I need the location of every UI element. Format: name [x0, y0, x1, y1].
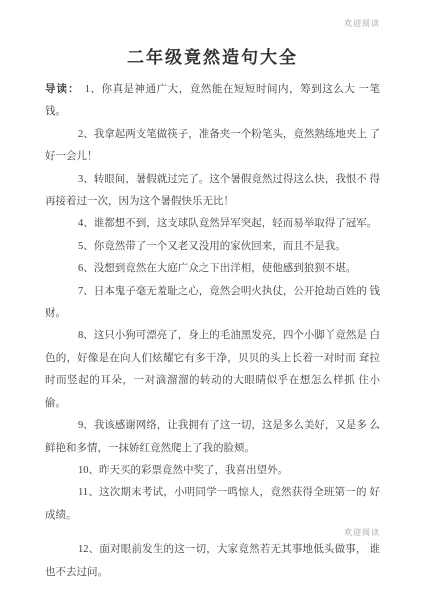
- header-note: 欢迎阅读: [45, 18, 380, 30]
- sentence-item-11: 11、这次期末考试，小明同学一鸣惊人，竟然获得全班第一的 好成绩。: [45, 482, 380, 527]
- page-title: 二年级竟然造句大全: [45, 43, 380, 68]
- sentence-item-10: 10、昨天买的彩票竟然中奖了，我喜出望外。: [45, 460, 380, 482]
- sentence-text: 1、你真是神通广大，竟然能在短短时间内，筹到这么大 一笔钱。: [45, 84, 380, 117]
- sentence-item-12: 12、面对眼前发生的这一切，大家竟然若无其事地低头做事， 谁也不去过问。: [45, 539, 380, 584]
- sentence-item-9: 9、我该感谢网络，让我拥有了这一切，这是多么美好，又是多 么鲜艳和多情，一抹娇红…: [45, 415, 380, 460]
- sentence-item-5: 5、你竟然带了一个又老又没用的家伙回来，而且不是我。: [45, 236, 380, 258]
- footer-note: 欢迎阅读: [45, 527, 380, 539]
- sentence-item-3: 3、转眼间，暑假就过完了。这个暑假竟然过得这么快，我恨不 得再接着过一次，因为这…: [45, 169, 380, 214]
- sentence-item-8: 8、这只小狗可漂亮了，身上的毛油黑发亮，四个小脚丫竟然是 白色的，好像是在向人们…: [45, 325, 380, 415]
- sentence-item-4: 4、谁都想不到，这支球队竟然异军突起，轻而易举取得了冠军。: [45, 213, 380, 235]
- sentence-item-1: 导读：1、你真是神通广大，竟然能在短短时间内，筹到这么大 一笔钱。: [45, 79, 380, 124]
- lead-label: 导读：: [45, 84, 80, 95]
- document-body: 导读：1、你真是神通广大，竟然能在短短时间内，筹到这么大 一笔钱。 2、我拿起两…: [45, 79, 380, 584]
- document-page: 欢迎阅读 二年级竟然造句大全 导读：1、你真是神通广大，竟然能在短短时间内，筹到…: [0, 0, 424, 600]
- sentence-item-6: 6、没想到竟然在大庭广众之下出洋相，使他感到狼狈不堪。: [45, 258, 380, 280]
- sentence-item-2: 2、我拿起两支笔做筷子，准备夹一个粉笔头，竟然熟练地夹上 了好一会儿！: [45, 124, 380, 169]
- sentence-item-7: 7、日本鬼子毫无羞耻之心，竟然会明火执仗，公开抢劫百姓的 钱财。: [45, 281, 380, 326]
